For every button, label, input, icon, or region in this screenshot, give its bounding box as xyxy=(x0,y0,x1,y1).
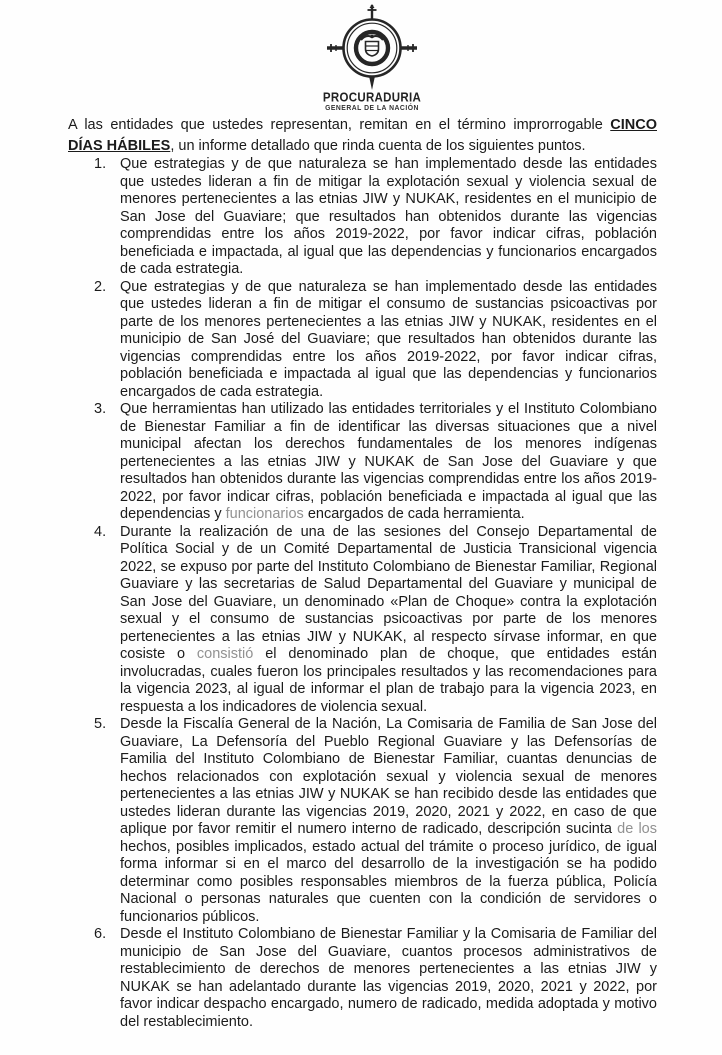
item-text: Desde el Instituto Colombiano de Bienest… xyxy=(120,926,657,1030)
request-item: 4.Durante la realización de una de las s… xyxy=(68,524,657,717)
item-text: Que estrategias y de que naturaleza se h… xyxy=(120,279,657,400)
item-number: 5. xyxy=(94,716,106,734)
item-text: Que estrategias y de que naturaleza se h… xyxy=(120,156,657,277)
intro-text-after: , un informe detallado que rinda cuenta … xyxy=(170,138,585,154)
request-item: 2.Que estrategias y de que naturaleza se… xyxy=(68,279,657,402)
item-number: 6. xyxy=(94,926,106,944)
request-item: 5.Desde la Fiscalía General de la Nación… xyxy=(68,716,657,926)
intro-paragraph: A las entidades que ustedes representan,… xyxy=(68,115,657,158)
document-page: PROCURADURIA GENERAL DE LA NACIÓN A las … xyxy=(0,0,722,1055)
item-number: 2. xyxy=(94,279,106,297)
item-text: Que herramientas han utilizado las entid… xyxy=(120,401,657,522)
requests-list: 1.Que estrategias y de que naturaleza se… xyxy=(68,156,657,1031)
header-logo: PROCURADURIA GENERAL DE LA NACIÓN xyxy=(11,4,722,112)
item-number: 1. xyxy=(94,156,106,174)
request-item: 3.Que herramientas han utilizado las ent… xyxy=(68,401,657,524)
item-number: 3. xyxy=(94,401,106,419)
request-item: 6.Desde el Instituto Colombiano de Biene… xyxy=(68,926,657,1031)
intro-text-before: A las entidades que ustedes representan,… xyxy=(68,117,610,133)
item-number: 4. xyxy=(94,524,106,542)
item-text: Desde la Fiscalía General de la Nación, … xyxy=(120,716,657,925)
request-item: 1.Que estrategias y de que naturaleza se… xyxy=(68,156,657,279)
item-text: Durante la realización de una de las ses… xyxy=(120,524,657,715)
logo-subtitle: GENERAL DE LA NACIÓN xyxy=(325,105,419,113)
logo-title: PROCURADURIA xyxy=(323,91,421,105)
procuraduria-seal-icon xyxy=(326,4,418,94)
